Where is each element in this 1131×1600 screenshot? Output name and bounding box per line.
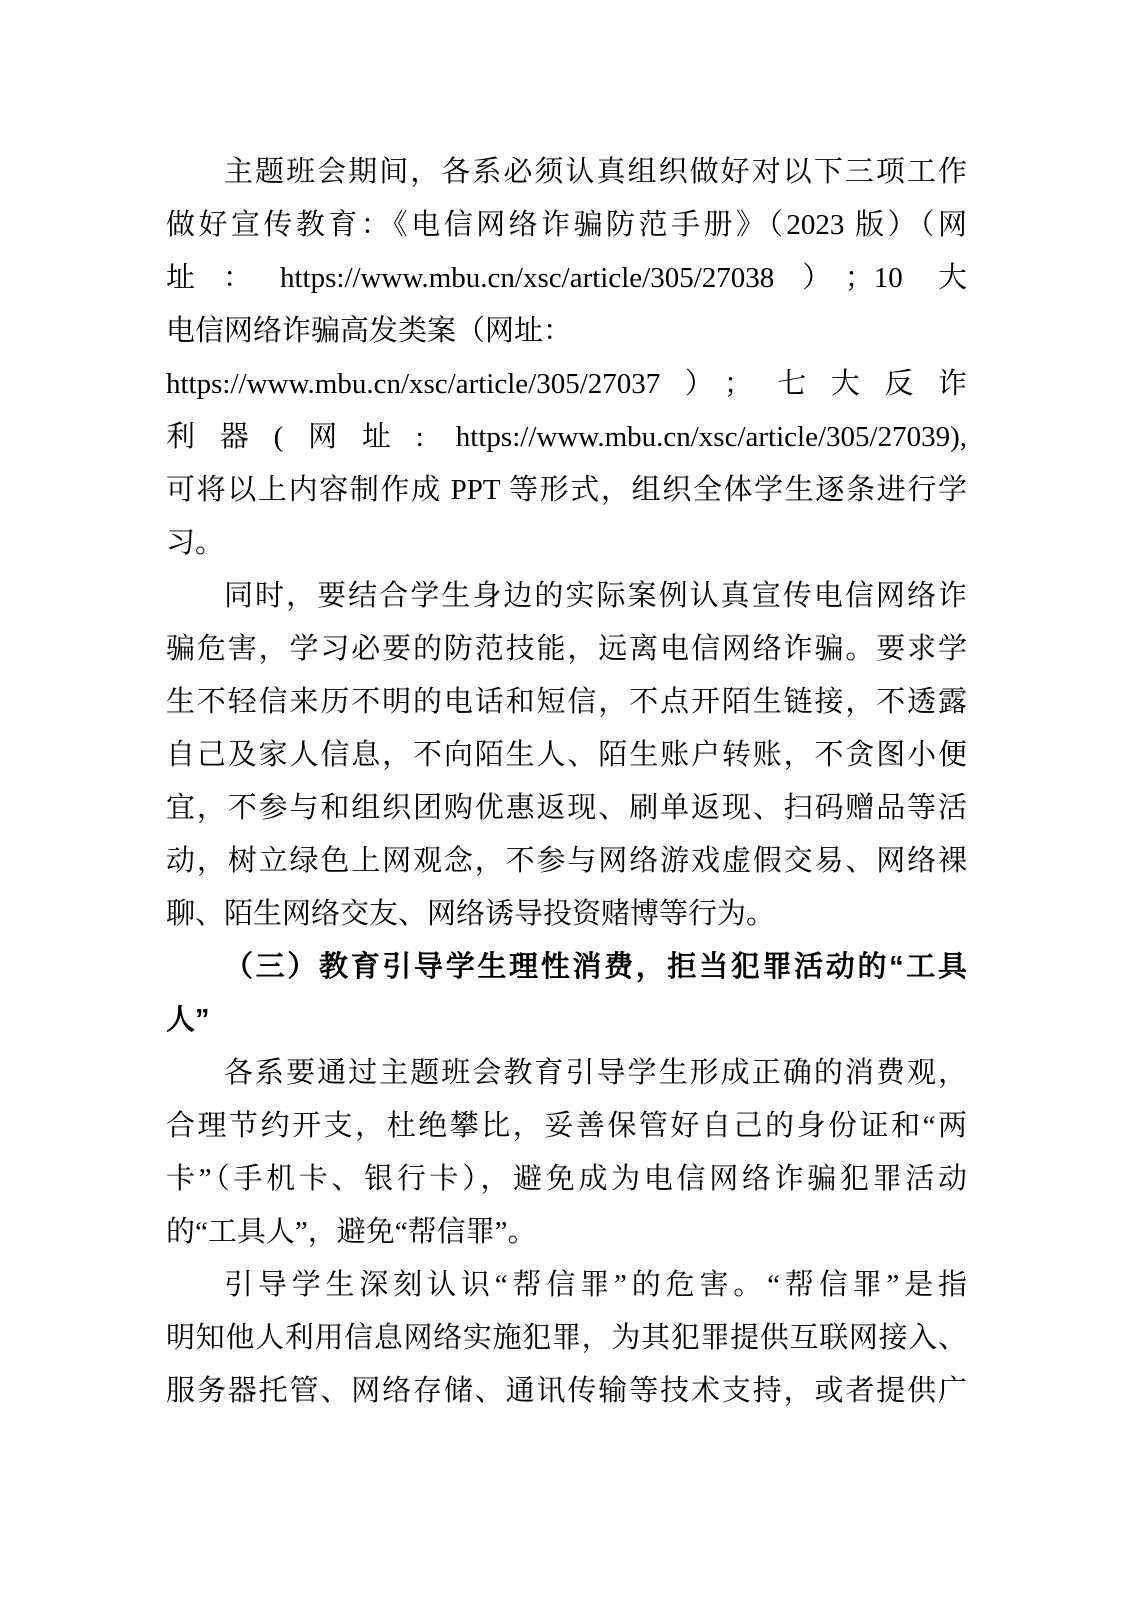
text-line: 电信网络诈骗高发类案（网址： [166,305,967,358]
text-line: 的“工具人”，避免“帮信罪”。 [166,1206,967,1259]
text-line: 骗危害，学习必要的防范技能，远离电信网络诈骗。要求学 [166,623,967,676]
text-line: （三）教育引导学生理性消费，拒当犯罪活动的“工具 [166,941,967,994]
text-line: 宜，不参与和组织团购优惠返现、刷单返现、扫码赠品等活 [166,782,967,835]
paragraph-bangxinzui-harm: 引导学生深刻认识“帮信罪”的危害。“帮信罪”是指明知他人利用信息网络实施犯罪，为… [166,1259,967,1418]
text-line: 利器(网址: https://www.mbu.cn/xsc/article/30… [166,411,967,464]
text-line: 做好宣传教育：《电信网络诈骗防范手册》（2023 版）（网 [166,199,967,252]
text-line: 明知他人利用信息网络实施犯罪，为其犯罪提供互联网接入、 [166,1312,967,1365]
text-line: 址：https://www.mbu.cn/xsc/article/305/270… [166,252,967,305]
text-line: 习。 [166,517,967,570]
paragraph-fraud-awareness: 同时，要结合学生身边的实际案例认真宣传电信网络诈骗危害，学习必要的防范技能，远离… [166,570,967,941]
document-body: 主题班会期间，各系必须认真组织做好对以下三项工作做好宣传教育：《电信网络诈骗防范… [166,146,967,1418]
text-line: 可将以上内容制作成 PPT 等形式，组织全体学生逐条进行学 [166,464,967,517]
text-line: https://www.mbu.cn/xsc/article/305/27037… [166,358,967,411]
text-line: 引导学生深刻认识“帮信罪”的危害。“帮信罪”是指 [166,1259,967,1312]
text-line: 同时，要结合学生身边的实际案例认真宣传电信网络诈 [166,570,967,623]
paragraph-class-meeting-materials: 主题班会期间，各系必须认真组织做好对以下三项工作做好宣传教育：《电信网络诈骗防范… [166,146,967,570]
text-line: 人” [166,994,967,1047]
section-heading-three: （三）教育引导学生理性消费，拒当犯罪活动的“工具人” [166,941,967,1047]
text-line: 动，树立绿色上网观念，不参与网络游戏虚假交易、网络裸 [166,835,967,888]
text-line: 卡”（手机卡、银行卡），避免成为电信网络诈骗犯罪活动 [166,1153,967,1206]
text-line: 合理节约开支，杜绝攀比，妥善保管好自己的身份证和“两 [166,1100,967,1153]
text-line: 生不轻信来历不明的电话和短信，不点开陌生链接，不透露 [166,676,967,729]
document-page: 主题班会期间，各系必须认真组织做好对以下三项工作做好宣传教育：《电信网络诈骗防范… [0,0,1131,1600]
text-line: 服务器托管、网络存储、通讯传输等技术支持，或者提供广 [166,1365,967,1418]
text-line: 主题班会期间，各系必须认真组织做好对以下三项工作 [166,146,967,199]
text-line: 自己及家人信息，不向陌生人、陌生账户转账，不贪图小便 [166,729,967,782]
text-line: 各系要通过主题班会教育引导学生形成正确的消费观， [166,1047,967,1100]
paragraph-rational-consumption: 各系要通过主题班会教育引导学生形成正确的消费观，合理节约开支，杜绝攀比，妥善保管… [166,1047,967,1259]
text-line: 聊、陌生网络交友、网络诱导投资赌博等行为。 [166,888,967,941]
